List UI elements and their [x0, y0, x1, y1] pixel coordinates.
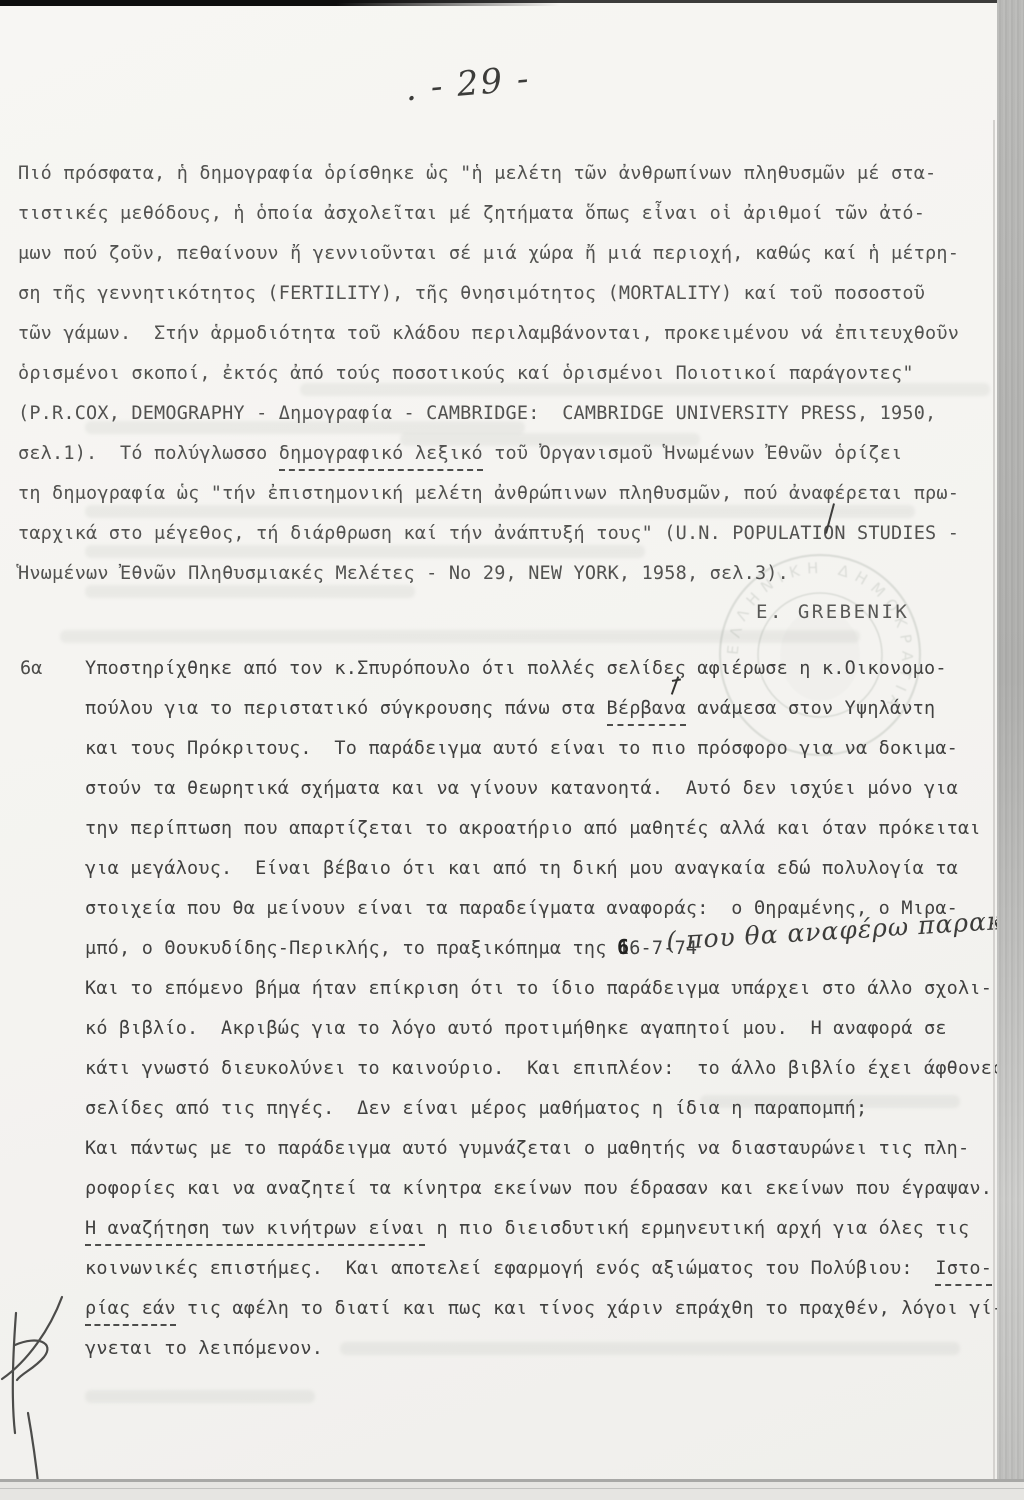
typed-line: ταρχικά στο μέγεθος, τή διάρθρωση καί τή… — [18, 523, 959, 545]
typed-line: Και πάντως με το παράδειγμα αυτό γυμνάζε… — [85, 1138, 969, 1160]
typed-line: σελίδες από τις πηγές. Δεν είναι μέρος μ… — [85, 1098, 867, 1120]
scan-bottom-strip — [0, 1481, 1024, 1500]
underlined-phrase: Βέρβανα — [607, 698, 686, 726]
handwritten-digit-overstrike: 6 — [617, 935, 629, 959]
typed-line: ση τῆς γεννητικότητος (FERTILITY), τῆς θ… — [18, 283, 925, 305]
typed-line: Ἡνωμένων Ἐθνῶν Πληθυσμιακές Μελέτες - Νο… — [18, 563, 789, 585]
typed-line: στούν τα θεωρητικά σχήματα και να γίνουν… — [85, 778, 958, 800]
typed-line: ὁρισμένοι σκοποί, ἐκτός ἀπό τούς ποσοτικ… — [18, 363, 914, 385]
typed-line: πούλου για το περιστατικό σύγκρουσης πάν… — [85, 698, 935, 726]
typed-line: τῶν γάμων. Στήν ἁρμοδιότητα τοῦ κλάδου π… — [18, 323, 959, 345]
typed-line: Υποστηρίχθηκε από τον κ.Σπυρόπουλο ότι π… — [85, 658, 947, 680]
typed-line: κό βιβλίο. Ακριβώς για το λόγο αυτό προτ… — [85, 1018, 947, 1040]
flourish-signature — [0, 1283, 150, 1498]
typed-line: την περίπτωση που απαρτίζεται το ακροατή… — [85, 818, 981, 840]
page-edge-line — [993, 120, 995, 1480]
bleedthrough-line — [85, 585, 415, 598]
underlined-phrase: Ιστο- — [935, 1258, 992, 1286]
typed-line: για μεγάλους. Είναι βέβαιο ότι και από τ… — [85, 858, 958, 880]
bleedthrough-line — [340, 1342, 960, 1355]
typed-line: Η αναζήτηση των κινήτρων είναι η πιο διε… — [85, 1218, 969, 1246]
typed-line: Πιό πρόσφατα, ἡ δημογραφία ὁρίσθηκε ὡς "… — [18, 163, 936, 185]
typed-line: Και το επόμενο βήμα ήταν επίκριση ότι το… — [85, 978, 992, 1000]
underlined-phrase: Η αναζήτηση των κινήτρων είναι — [85, 1218, 425, 1246]
typed-line: ρίας εάν τις αφέλη το διατί και πως και … — [85, 1298, 1003, 1326]
scan-bottom-edge — [0, 1479, 1024, 1482]
typed-line: τη δημογραφία ὡς "τήν ἐπιστημονική μελέτ… — [18, 483, 959, 505]
typed-line: κοινωνικές επιστήμες. Και αποτελεί εφαρμ… — [85, 1258, 992, 1286]
handwritten-page-number: . - 29 - — [403, 59, 531, 110]
bleedthrough-line — [60, 630, 860, 643]
scan-top-edge-thick — [0, 0, 560, 6]
page-stack-edge — [997, 0, 1024, 1500]
handwritten-correction-mark — [671, 676, 679, 695]
typed-line: τιστικές μεθόδους, ἡ ὁποία ἀσχολεῖται μέ… — [18, 203, 925, 225]
paragraph-marker: 6α — [20, 658, 42, 679]
typed-line: κάτι γνωστό διευκολύνει το καινούριο. Κα… — [85, 1058, 1003, 1080]
document-page: . - 29 - ΕΛΛΗΝΙΚΗ ΔΗΜΟΚΡΑΤΙΑ Πιό πρόσφατ… — [0, 0, 997, 1481]
bleedthrough-line — [85, 545, 645, 558]
typed-line: (P.R.COX, DEMOGRAPHY - Δημογραφία - CAMB… — [18, 403, 936, 425]
typed-line: ροφορίες και να αναζητεί τα κίνητρα εκεί… — [85, 1178, 992, 1200]
typed-line: μπό, ο Θουκυδίδης-Περικλής, το πραξικόπη… — [85, 938, 697, 960]
underlined-phrase: δημογραφικό λεξικό — [279, 443, 483, 471]
signature: E. GREBENIK — [756, 601, 909, 623]
scan-bottom-edge-2 — [0, 1488, 1024, 1489]
bleedthrough-line — [85, 505, 915, 518]
typed-line: και τους Πρόκριτους. Το παράδειγμα αυτό … — [85, 738, 958, 760]
typed-line: μων πού ζοῦν, πεθαίνουν ἤ γεννιοῦνται σέ… — [18, 243, 959, 265]
typed-line: σελ.1). Τό πολύγλωσσο δημογραφικό λεξικό… — [18, 443, 902, 471]
